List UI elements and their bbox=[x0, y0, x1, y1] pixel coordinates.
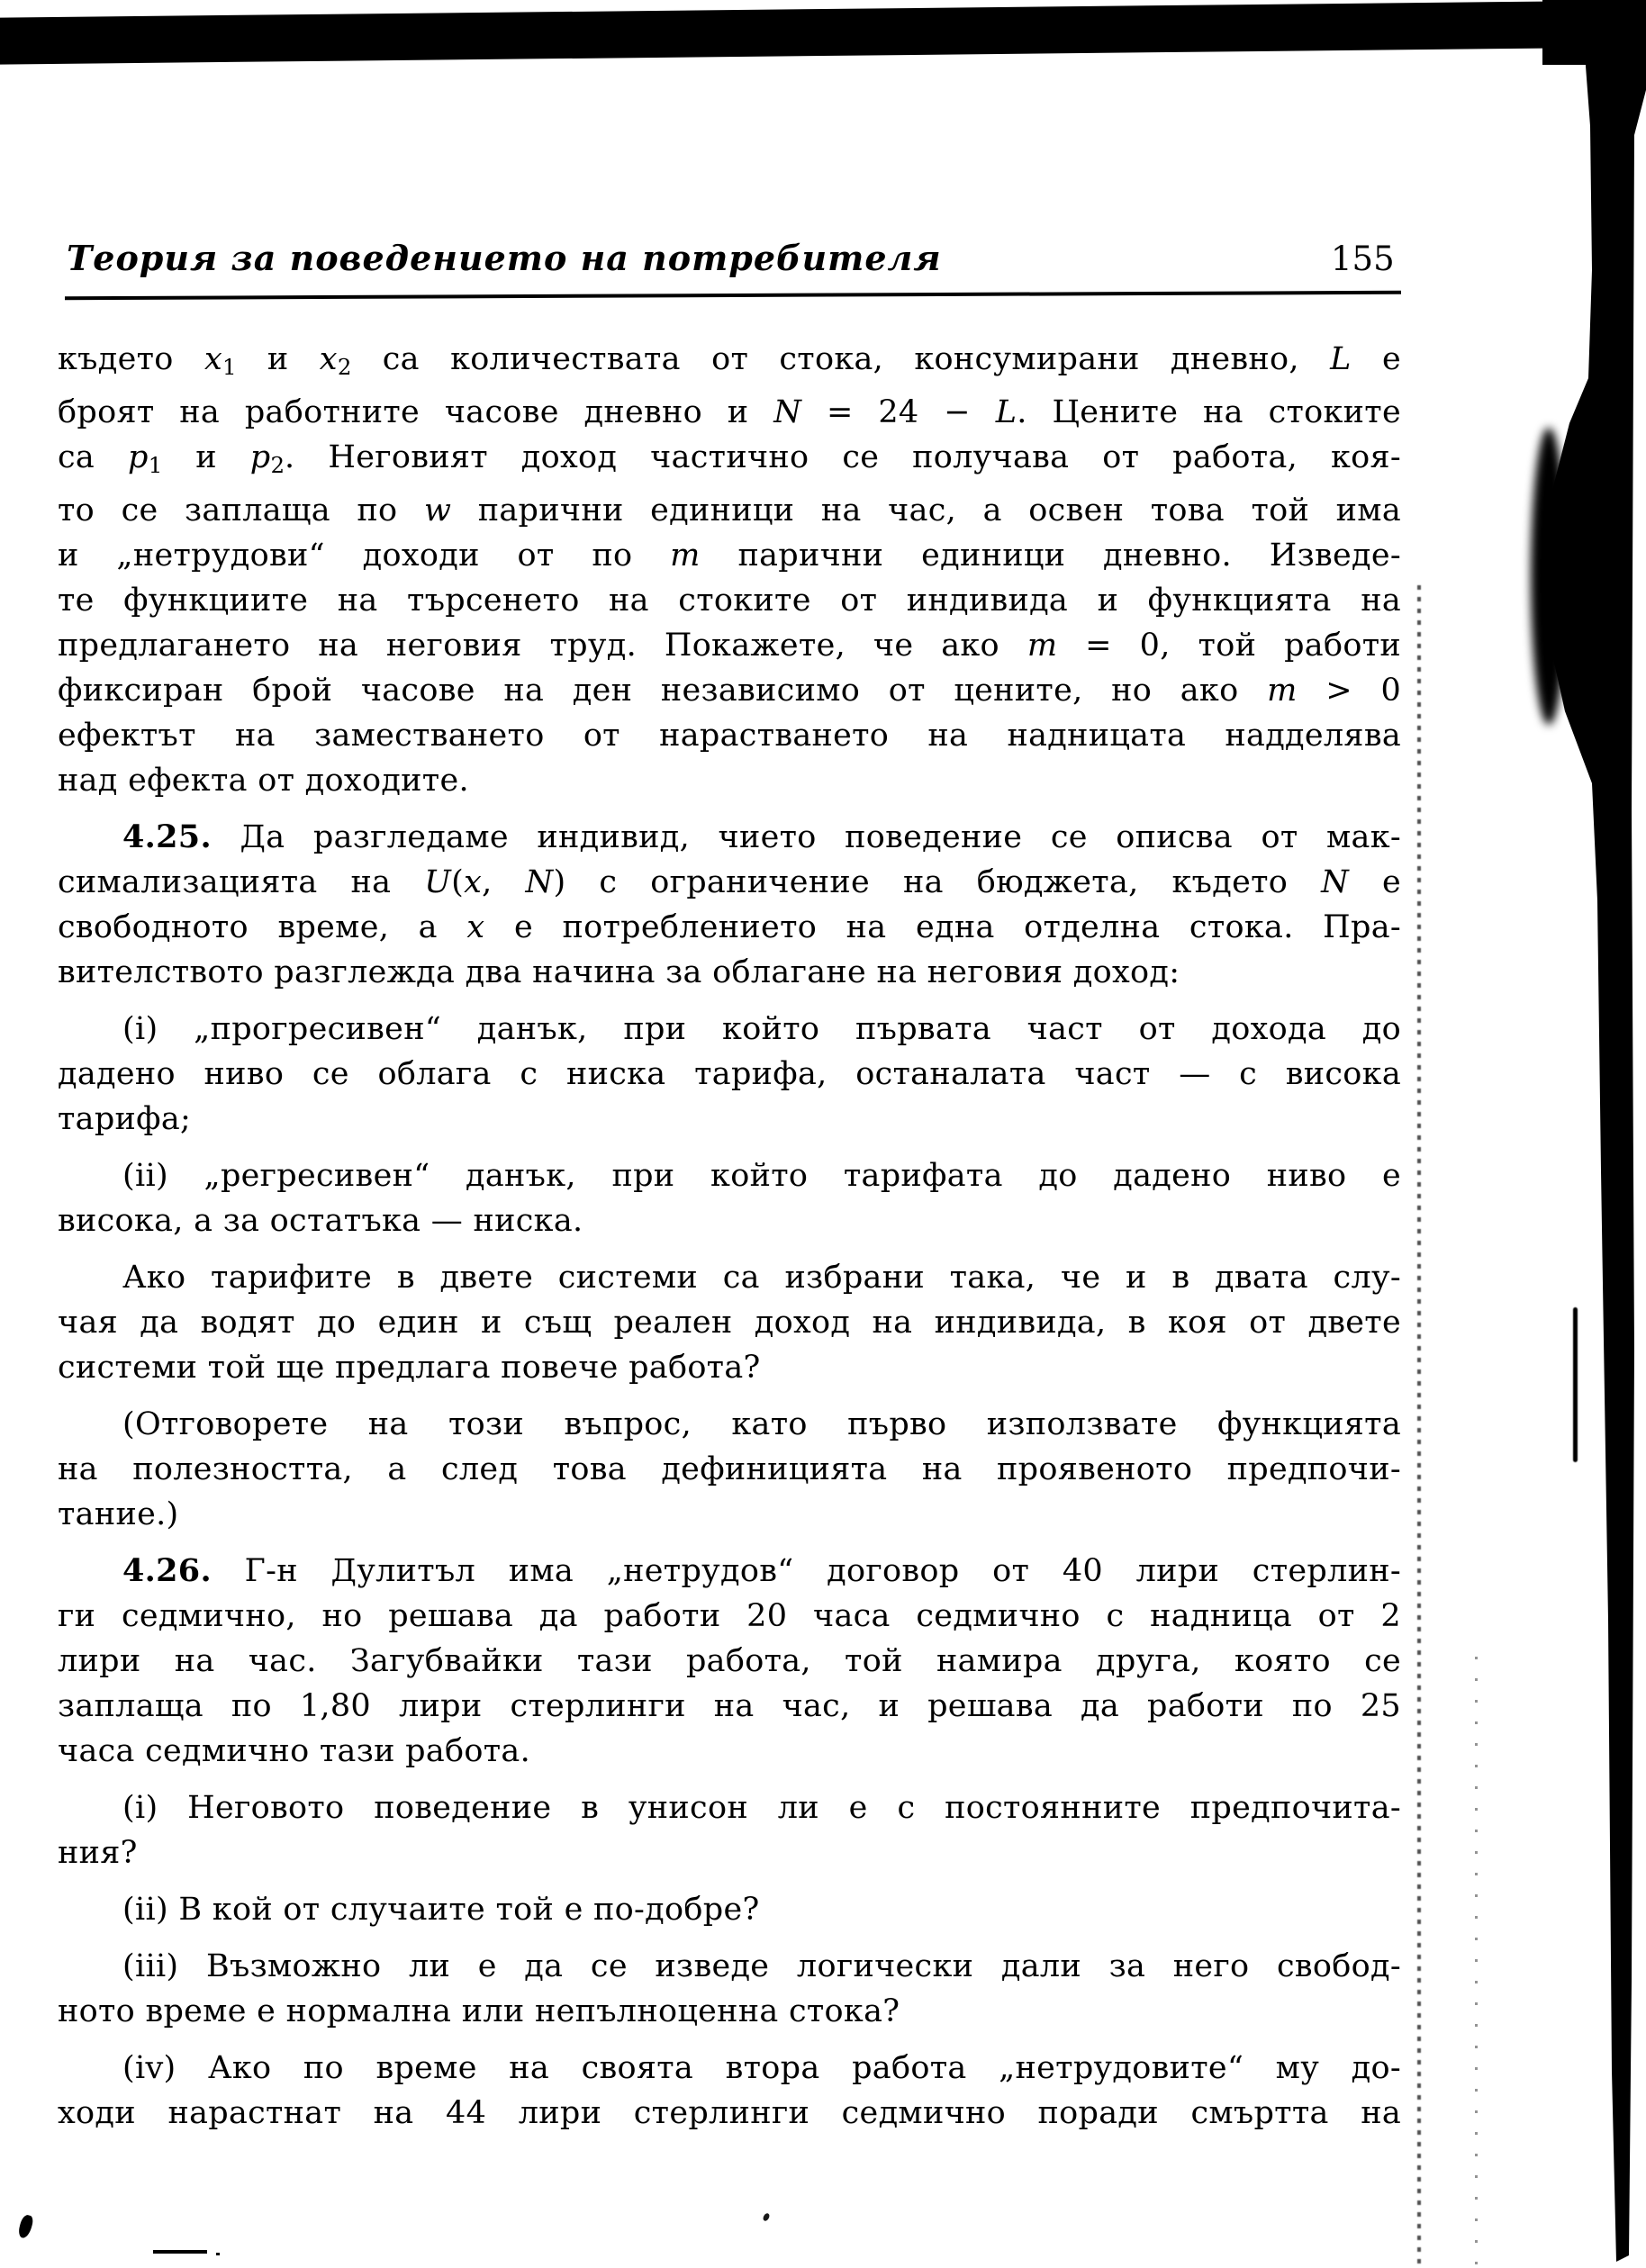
text-line: 4.25. Да разгледаме индивид, чието повед… bbox=[58, 815, 1401, 860]
paragraph: (ii) „регресивен“ данък, при който тариф… bbox=[58, 1153, 1401, 1243]
text-line: на полезността, а след това дефиницията … bbox=[58, 1447, 1401, 1492]
text-line: ходи нарастнат на 44 лири стерлинги седм… bbox=[58, 2091, 1401, 2136]
text-line: (i) „прогресивен“ данък, при който първа… bbox=[58, 1007, 1401, 1052]
paragraph: където x1 и x2 са количествата от стока,… bbox=[58, 337, 1401, 803]
scanned-book-page: Теория за поведението на потребителя 155… bbox=[0, 0, 1646, 2268]
text-line: чая да водят до един и същ реален доход … bbox=[58, 1300, 1401, 1345]
paragraph: (iv) Ако по време на своята втора работа… bbox=[58, 2046, 1401, 2136]
paragraph: Ако тарифите в двете системи са избрани … bbox=[58, 1255, 1401, 1390]
text-line: висока, а за остатъка — ниска. bbox=[58, 1198, 1401, 1243]
paragraph: 4.25. Да разгледаме индивид, чието повед… bbox=[58, 815, 1401, 995]
text-line: предлагането на неговия труд. Покажете, … bbox=[58, 623, 1401, 668]
text-line: фиксиран брой часове на ден независимо о… bbox=[58, 668, 1401, 713]
text-line: (iii) Възможно ли е да се изведе логичес… bbox=[58, 1944, 1401, 1989]
text-line: тарифа; bbox=[58, 1097, 1401, 1142]
text-line: ния? bbox=[58, 1830, 1401, 1875]
text-line: Ако тарифите в двете системи са избрани … bbox=[58, 1255, 1401, 1300]
text-line: свободното време, а x е потреблението на… bbox=[58, 905, 1401, 950]
text-line: (ii) В кой от случаите той е по-добре? bbox=[58, 1887, 1401, 1932]
text-line: (Отговорете на този въпрос, като първо и… bbox=[58, 1402, 1401, 1447]
scan-bottom-line-artifact bbox=[153, 2250, 207, 2254]
scan-bottom-dot-artifact bbox=[216, 2253, 220, 2255]
text-line: дадено ниво се облага с ниска тарифа, ос… bbox=[58, 1052, 1401, 1097]
running-title: Теория за поведението на потребителя bbox=[67, 238, 942, 278]
text-line: симализацията на U(x, N) с ограничение н… bbox=[58, 860, 1401, 905]
scan-speckle-column-artifact bbox=[1475, 1657, 1478, 2268]
text-line: ефектът на заместването от нарастването … bbox=[58, 713, 1401, 758]
page-number: 155 bbox=[1331, 239, 1395, 278]
text-line: (i) Неговото поведение в унисон ли е с п… bbox=[58, 1785, 1401, 1830]
scan-ink-blot-artifact bbox=[17, 2214, 34, 2239]
paragraph: (iii) Възможно ли е да се изведе логичес… bbox=[58, 1944, 1401, 2034]
text-line: ното време е нормална или непълноценна с… bbox=[58, 1989, 1401, 2034]
text-line: 4.26. Г-н Дулитъл има „нетрудов“ договор… bbox=[58, 1549, 1401, 1594]
scan-top-bar-artifact bbox=[0, 0, 1646, 64]
scan-right-edge-artifact bbox=[1511, 0, 1646, 2268]
text-line: ги седмично, но решава да работи 20 часа… bbox=[58, 1594, 1401, 1639]
scan-vertical-mark-artifact bbox=[1573, 1307, 1578, 1462]
text-line: (ii) „регресивен“ данък, при който тариф… bbox=[58, 1153, 1401, 1198]
text-line: то се заплаща по w парични единици на ча… bbox=[58, 488, 1401, 533]
text-line: те функциите на търсенето на стоките от … bbox=[58, 578, 1401, 623]
text-line: системи той ще предлага повече работа? bbox=[58, 1345, 1401, 1390]
text-line: тание.) bbox=[58, 1492, 1401, 1537]
scan-small-speck-artifact bbox=[762, 2212, 771, 2222]
paragraph: (i) Неговото поведение в унисон ли е с п… bbox=[58, 1785, 1401, 1875]
scan-gutter-crease-artifact bbox=[1417, 585, 1421, 2268]
text-line: над ефекта от доходите. bbox=[58, 758, 1401, 803]
text-line: заплаща по 1,80 лири стерлинги на час, и… bbox=[58, 1684, 1401, 1729]
paragraph: (i) „прогресивен“ данък, при който първа… bbox=[58, 1007, 1401, 1142]
page-body: където x1 и x2 са количествата от стока,… bbox=[58, 337, 1401, 2136]
text-line: вителството разглежда два начина за обла… bbox=[58, 950, 1401, 995]
text-line: (iv) Ако по време на своята втора работа… bbox=[58, 2046, 1401, 2091]
text-line: където x1 и x2 са количествата от стока,… bbox=[58, 337, 1401, 390]
paragraph: (Отговорете на този въпрос, като първо и… bbox=[58, 1402, 1401, 1537]
text-line: броят на работните часове дневно и N = 2… bbox=[58, 390, 1401, 435]
text-line: са p1 и p2. Неговият доход частично се п… bbox=[58, 435, 1401, 488]
header-rule bbox=[65, 291, 1401, 300]
text-line: часа седмично тази работа. bbox=[58, 1729, 1401, 1774]
text-line: лири на час. Загубвайки тази работа, той… bbox=[58, 1639, 1401, 1684]
paragraph: 4.26. Г-н Дулитъл има „нетрудов“ договор… bbox=[58, 1549, 1401, 1774]
text-line: и „нетрудови“ доходи от по m парични еди… bbox=[58, 533, 1401, 578]
paragraph: (ii) В кой от случаите той е по-добре? bbox=[58, 1887, 1401, 1932]
